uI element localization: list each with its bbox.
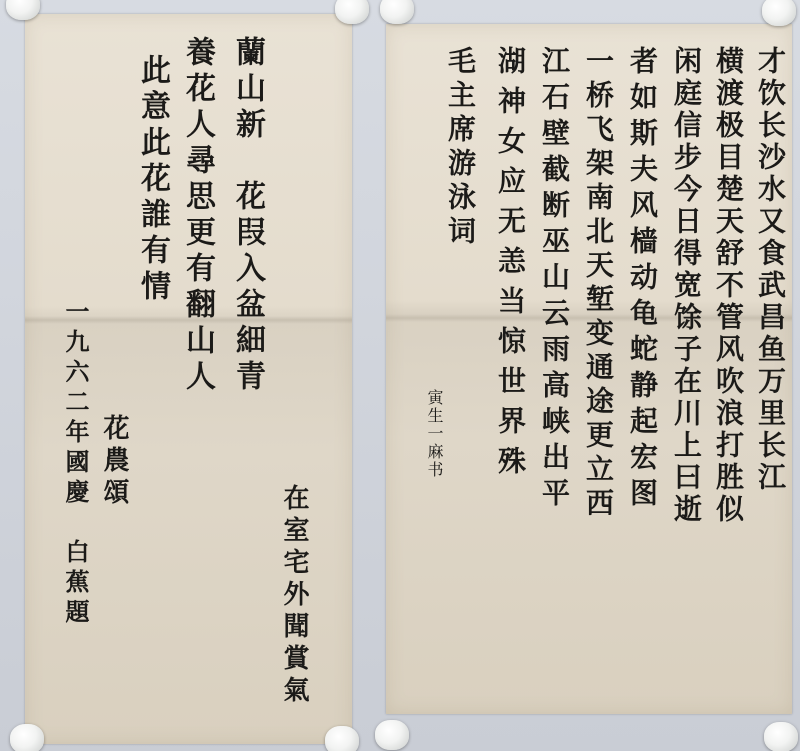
clip-top-center-left	[335, 0, 369, 24]
right-column-3: 闲庭信步今日得宽馀子在川上曰逝	[672, 46, 700, 526]
right-column-1: 才饮长沙水又食武昌鱼万里长江	[756, 46, 784, 494]
right-column-7: 湖神女应无恙当惊世界殊	[496, 46, 524, 486]
left-column-4: 花農頌	[101, 414, 127, 510]
clip-bottom-center-right	[375, 720, 409, 750]
clip-bottom-right	[764, 722, 798, 751]
clip-top-right	[762, 0, 796, 26]
left-column-5-signature: 一九六二年國慶 白蕉題	[63, 299, 87, 629]
left-calligraphy-sheet: 蘭山新 花叚入盆細青 養花人尋思更有翻山人 此意此花誰有情 花農頌 一九六二年國…	[25, 14, 352, 744]
left-column-3: 此意此花誰有情	[137, 54, 167, 306]
left-column-2: 養花人尋思更有翻山人	[182, 36, 212, 396]
clip-bottom-center-left	[325, 726, 359, 751]
right-column-6: 江石壁截断巫山云雨高峡出平	[540, 46, 568, 514]
right-column-8: 毛主席游泳词	[446, 46, 474, 250]
right-calligraphy-sheet: 才饮长沙水又食武昌鱼万里长江 横渡极目楚天舒不管风吹浪打胜似 闲庭信步今日得宽馀…	[386, 24, 792, 714]
left-column-6: 在室宅外聞賞氣	[281, 484, 307, 708]
left-column-1: 蘭山新 花叚入盆細青	[232, 36, 262, 396]
right-signature: 寅生一麻书	[426, 389, 442, 479]
right-column-5: 一桥飞架南北天堑变通途更立西	[584, 46, 612, 522]
clip-bottom-left	[10, 724, 44, 751]
right-column-2: 横渡极目楚天舒不管风吹浪打胜似	[714, 46, 742, 526]
right-column-4: 者如斯夫风樯动龟蛇静起宏图	[628, 46, 656, 514]
clip-top-center-right	[380, 0, 414, 24]
